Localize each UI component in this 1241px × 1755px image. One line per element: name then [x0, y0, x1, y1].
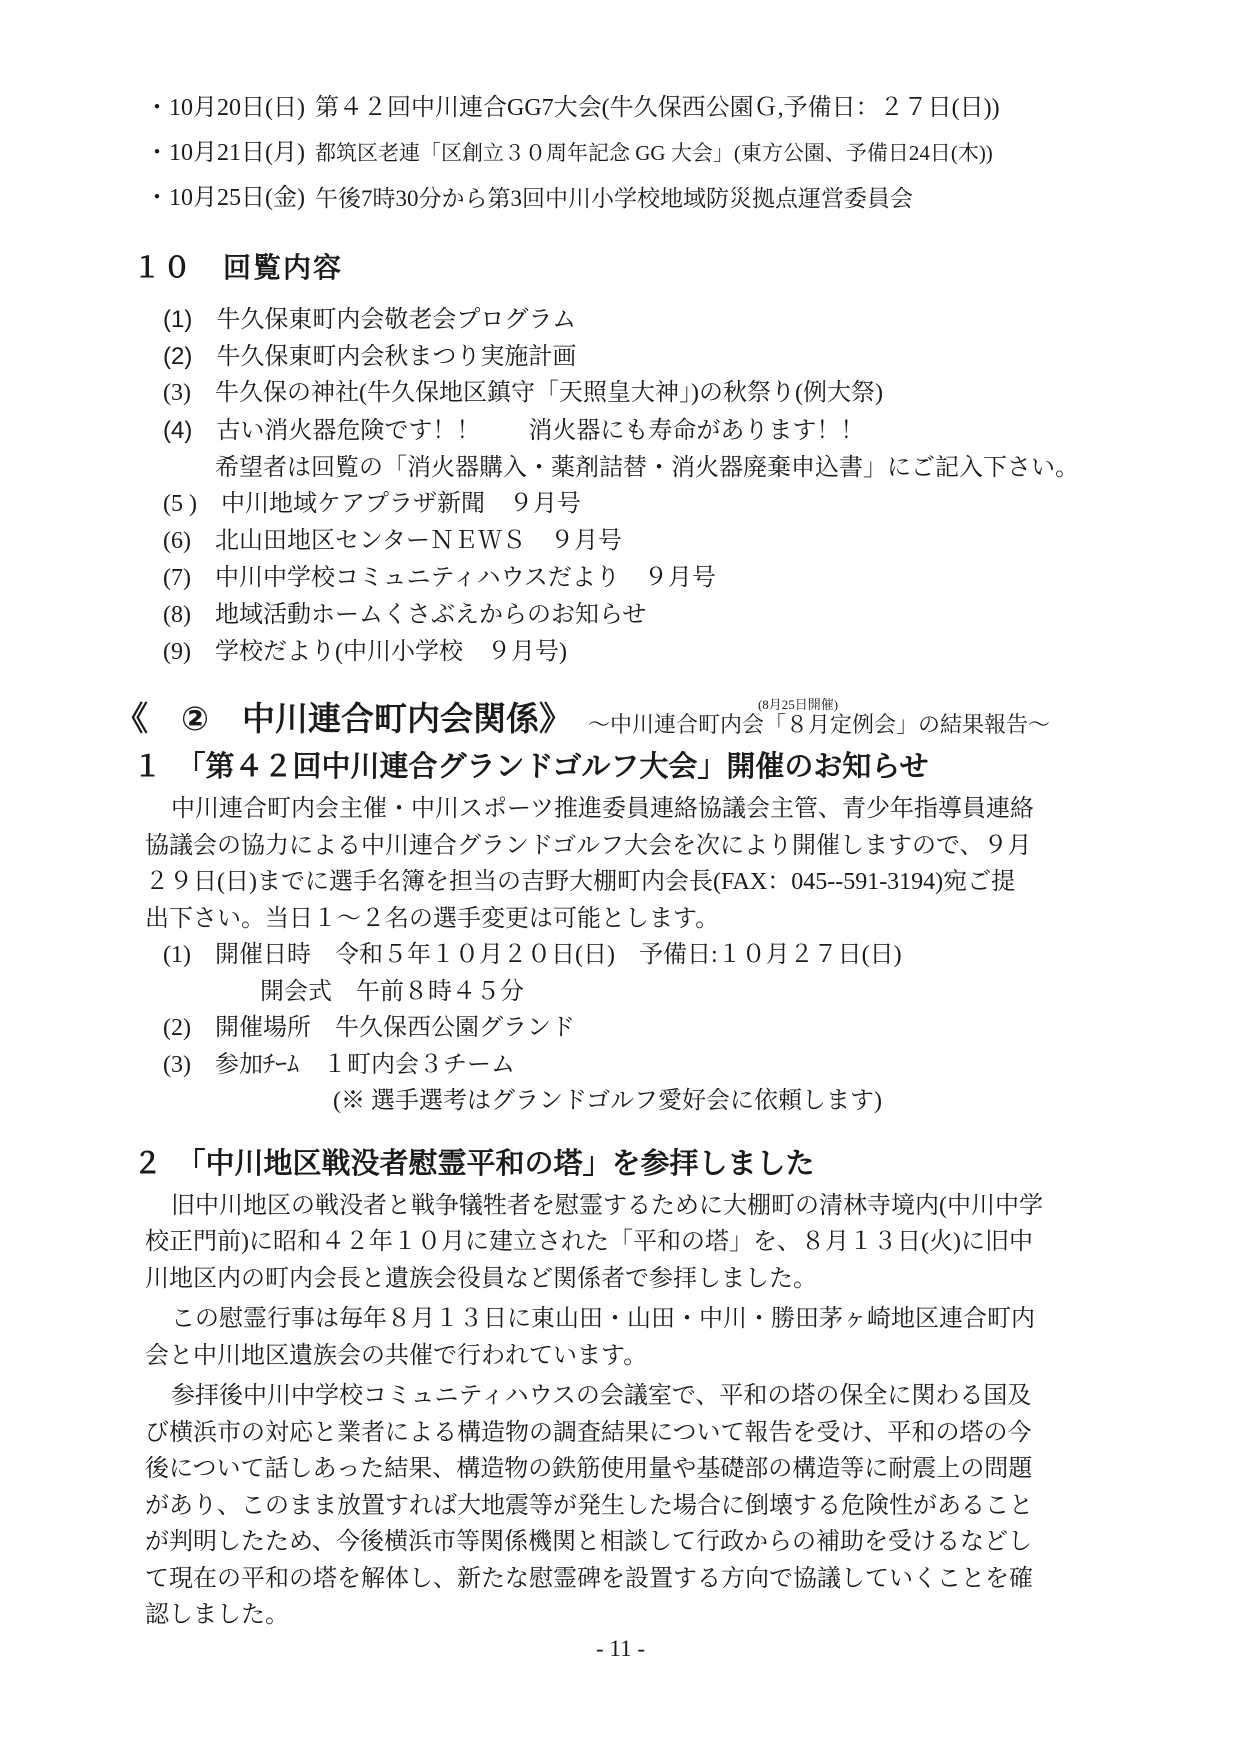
detail-line: (1) 開催日時 令和５年１０月２０日(日) 予備日:１０月２７日(日)	[163, 937, 1051, 974]
list-item: (3) 牛久保の神社(牛久保地区鎮守「天照皇大神」)の秋祭り(例大祭)	[163, 375, 1051, 412]
paragraph-line: 中川連合町内会主催・中川スポーツ推進委員連絡協議会主管、青少年指導員連絡	[145, 791, 1051, 828]
paragraph-line: ２９日(日)までに選手名簿を担当の吉野大棚町内会長(FAX：045--591-3…	[145, 864, 1051, 901]
paragraph-line: 出下さい。当日１～２名の選手変更は可能とします。	[145, 901, 1051, 938]
event-row: ・10月21日(月) 都筑区老連「区創立３０周年記念 GG 大会」(東方公園、予…	[145, 131, 1051, 176]
list-item-note: 希望者は回覧の「消火器購入・薬剤詰替・消火器廃棄申込書」にご記入下さい。	[215, 449, 1051, 486]
federation-heading-text: 《 ② 中川連合町内会関係》	[115, 699, 572, 739]
paragraph-line: 認しました。	[145, 1597, 1051, 1634]
event-date: ・10月20日(日)	[145, 86, 315, 131]
paragraph-line: 会と中川地区遺族会の共催で行われています。	[145, 1338, 1051, 1375]
section-heading-federation: 《 ② 中川連合町内会関係》 (8月25日開催) ～中川連合町内会「８月定例会」…	[115, 697, 1051, 739]
paragraph-line: 校正門前)に昭和４２年１０月に建立された「平和の塔」を、８月１３日(火)に旧中	[145, 1224, 1051, 1261]
list-item: (1) 牛久保東町内会敬老会プログラム	[163, 301, 1051, 338]
section-heading-circulation: １０ 回覧内容	[133, 249, 1051, 287]
paragraph-line: 協議会の協力による中川連合グランドゴルフ大会を次により開催しますので、９月	[145, 828, 1051, 865]
topic2-paragraph-2: この慰霊行事は毎年８月１３日に東山田・山田・中川・勝田茅ヶ崎地区連合町内 会と中…	[145, 1301, 1051, 1374]
list-item: (8) 地域活動ホームくさぶえからのお知らせ	[163, 597, 1051, 634]
topic2-paragraph-1: 旧中川地区の戦没者と戦争犠牲者を慰霊するために大棚町の清林寺境内(中川中学 校正…	[145, 1188, 1051, 1298]
list-item: (4) 古い消火器危険です！！ 消火器にも寿命があります！！	[163, 412, 1051, 449]
event-desc: 都筑区老連「区創立３０周年記念 GG 大会」(東方公園、予備日24日(木))	[315, 131, 993, 176]
page-number: - 11 -	[0, 1636, 1241, 1662]
paragraph-line: 旧中川地区の戦没者と戦争犠牲者を慰霊するために大棚町の清林寺境内(中川中学	[145, 1188, 1051, 1225]
paragraph-line: び横浜市の対応と業者による構造物の調査結果について報告を受け、平和の塔の今	[145, 1415, 1051, 1452]
paragraph-line: 後について話しあった結果、構造物の鉄筋使用量や基礎部の構造等に耐震上の問題	[145, 1451, 1051, 1488]
federation-heading-note: (8月25日開催) ～中川連合町内会「８月定例会」の結果報告～	[588, 697, 1050, 739]
event-desc: 第４２回中川連合GG7大会(牛久保西公園Ｇ,予備日：２７日(日))	[315, 86, 1000, 131]
paragraph-line: 参拝後中川中学校コミュニティハウスの会議室で、平和の塔の保全に関わる国及	[145, 1378, 1051, 1415]
detail-line: (2) 開催場所 牛久保西公園グランド	[163, 1010, 1051, 1047]
paragraph-line: 川地区内の町内会長と遺族会役員など関係者で参拝しました。	[145, 1261, 1051, 1298]
circulation-item-list: (1) 牛久保東町内会敬老会プログラム (2) 牛久保東町内会秋まつり実施計画 …	[163, 301, 1051, 671]
list-item: (2) 牛久保東町内会秋まつり実施計画	[163, 338, 1051, 375]
topic2-heading: ２ 「中川地区戦没者慰霊平和の塔」を参拝しました	[133, 1144, 1051, 1184]
list-item: (6) 北山田地区センターＮＥＷＳ ９月号	[163, 523, 1051, 560]
paragraph-line: が判明したため、今後横浜市等関係機関と相談して行政からの補助を受けるなどし	[145, 1524, 1051, 1561]
meeting-result-note: ～中川連合町内会「８月定例会」の結果報告～	[588, 712, 1050, 738]
event-date: ・10月21日(月)	[145, 131, 315, 176]
event-row: ・10月25日(金) 午後7時30分から第3回中川小学校地域防災拠点運営委員会	[145, 176, 1051, 221]
event-desc: 午後7時30分から第3回中川小学校地域防災拠点運営委員会	[315, 176, 913, 221]
detail-line: (3) 参加ﾁｰﾑ １町内会３チーム	[163, 1047, 1051, 1084]
event-row: ・10月20日(日) 第４２回中川連合GG7大会(牛久保西公園Ｇ,予備日：２７日…	[145, 86, 1051, 131]
document-page: ・10月20日(日) 第４２回中川連合GG7大会(牛久保西公園Ｇ,予備日：２７日…	[0, 0, 1241, 1755]
topic1-detail-list: (1) 開催日時 令和５年１０月２０日(日) 予備日:１０月２７日(日) 開会式…	[163, 937, 1051, 1120]
detail-line: (※ 選手選考はグランドゴルフ愛好会に依頼します)	[333, 1083, 1051, 1120]
paragraph-line: この慰霊行事は毎年８月１３日に東山田・山田・中川・勝田茅ヶ崎地区連合町内	[145, 1301, 1051, 1338]
paragraph-line: て現在の平和の塔を解体し、新たな慰霊碑を設置する方向で協議していくことを確	[145, 1561, 1051, 1598]
topic1-heading: １ 「第４２回中川連合グランドゴルフ大会」開催のお知らせ	[133, 747, 1051, 787]
list-item: (7) 中川中学校コミュニティハウスだより ９月号	[163, 560, 1051, 597]
meeting-date-superscript: (8月25日開催)	[758, 697, 1050, 712]
list-item: (5 ) 中川地域ケアプラザ新聞 ９月号	[163, 486, 1051, 523]
paragraph-line: があり、このまま放置すれば大地震等が発生した場合に倒壊する危険性があること	[145, 1488, 1051, 1525]
detail-line: 開会式 午前８時４５分	[260, 974, 1051, 1011]
topic2-paragraph-3: 参拝後中川中学校コミュニティハウスの会議室で、平和の塔の保全に関わる国及 び横浜…	[145, 1378, 1051, 1634]
event-date: ・10月25日(金)	[145, 176, 315, 221]
page-content: ・10月20日(日) 第４２回中川連合GG7大会(牛久保西公園Ｇ,予備日：２７日…	[0, 0, 1241, 1634]
list-item: (9) 学校だより(中川小学校 ９月号)	[163, 634, 1051, 671]
topic1-paragraph: 中川連合町内会主催・中川スポーツ推進委員連絡協議会主管、青少年指導員連絡 協議会…	[145, 791, 1051, 937]
